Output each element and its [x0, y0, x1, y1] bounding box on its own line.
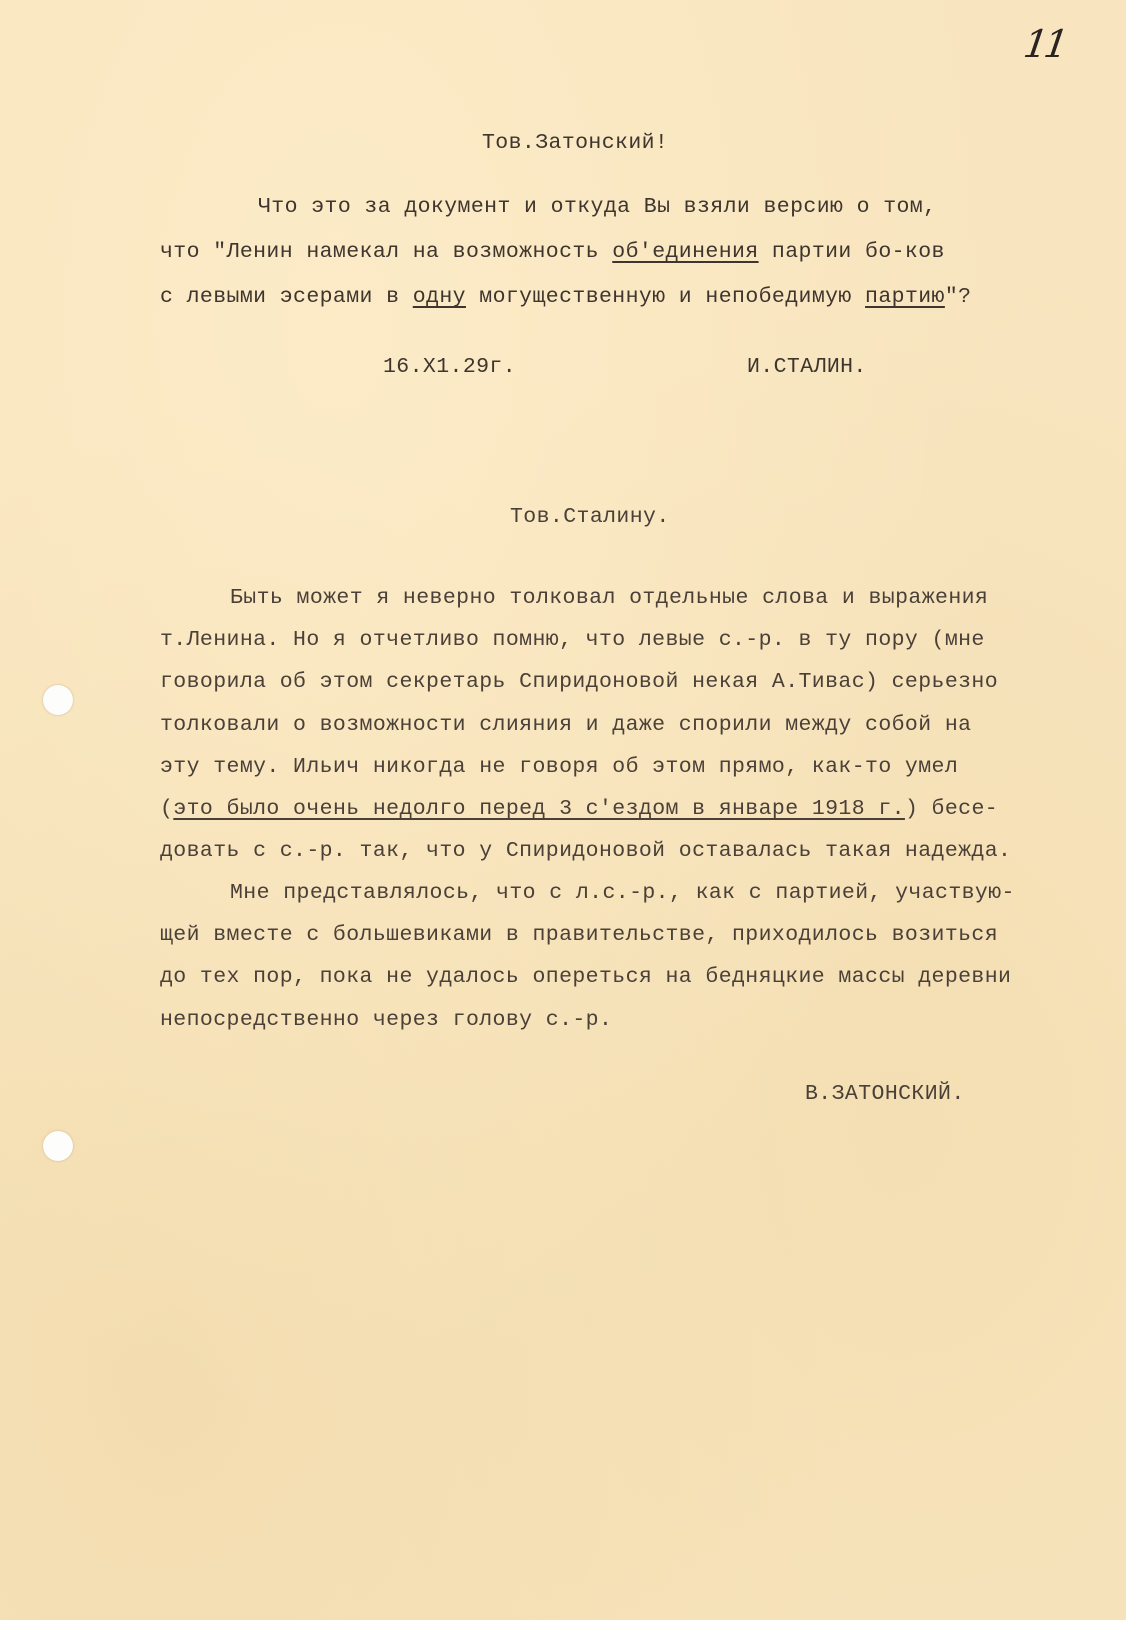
text-run: с левыми эсерами в: [160, 285, 413, 309]
reply-line-8: Мне представлялось, что с л.с.-р., как с…: [230, 881, 1015, 905]
underlined-word: об'единения: [612, 240, 758, 264]
underlined-phrase: это было очень недолго перед 3 с'ездом в…: [173, 797, 905, 821]
text-run: могущественную и непобедимую: [466, 285, 865, 309]
punch-hole: [43, 1131, 73, 1161]
text-run: (: [160, 797, 173, 821]
text-run: "?: [945, 285, 972, 309]
reply-line-3: говорила об этом секретарь Спиридоновой …: [160, 670, 998, 694]
document-page: 11 Тов.Затонский! Что это за документ и …: [0, 0, 1126, 1620]
reply-line-11: непосредственно через голову с.-р.: [160, 1008, 612, 1032]
note-salutation: Тов.Затонский!: [482, 131, 668, 155]
note-line-2: что "Ленин намекал на возможность об'еди…: [160, 240, 945, 264]
reply-line-6: (это было очень недолго перед 3 с'ездом …: [160, 797, 998, 821]
reply-line-7: довать с с.-р. так, что у Спиридоновой о…: [160, 839, 1011, 863]
note-date: 16.Х1.29г.: [383, 355, 516, 379]
note-signature: И.СТАЛИН.: [747, 355, 867, 379]
text-run: что "Ленин намекал на возможность: [160, 240, 612, 264]
note-line-1: Что это за документ и откуда Вы взяли ве…: [258, 195, 936, 219]
note-line-3: с левыми эсерами в одну могущественную и…: [160, 285, 971, 309]
text-run: ) бесе-: [905, 797, 998, 821]
reply-salutation: Тов.Сталину.: [510, 505, 670, 529]
reply-signature: В.ЗАТОНСКИЙ.: [805, 1082, 965, 1106]
punch-hole: [43, 685, 73, 715]
reply-line-1: Быть может я неверно толковал отдельные …: [230, 586, 988, 610]
reply-line-9: щей вместе с большевиками в правительств…: [160, 923, 998, 947]
folio-number: 11: [1021, 22, 1068, 66]
reply-line-10: до тех пор, пока не удалось опереться на…: [160, 965, 1011, 989]
reply-line-4: толковали о возможности слияния и даже с…: [160, 713, 971, 737]
reply-line-2: т.Ленина. Но я отчетливо помню, что левы…: [160, 628, 985, 652]
underlined-word: одну: [413, 285, 466, 309]
reply-line-5: эту тему. Ильич никогда не говоря об это…: [160, 755, 958, 779]
text-run: партии бо-ков: [759, 240, 945, 264]
underlined-word: партию: [865, 285, 945, 309]
